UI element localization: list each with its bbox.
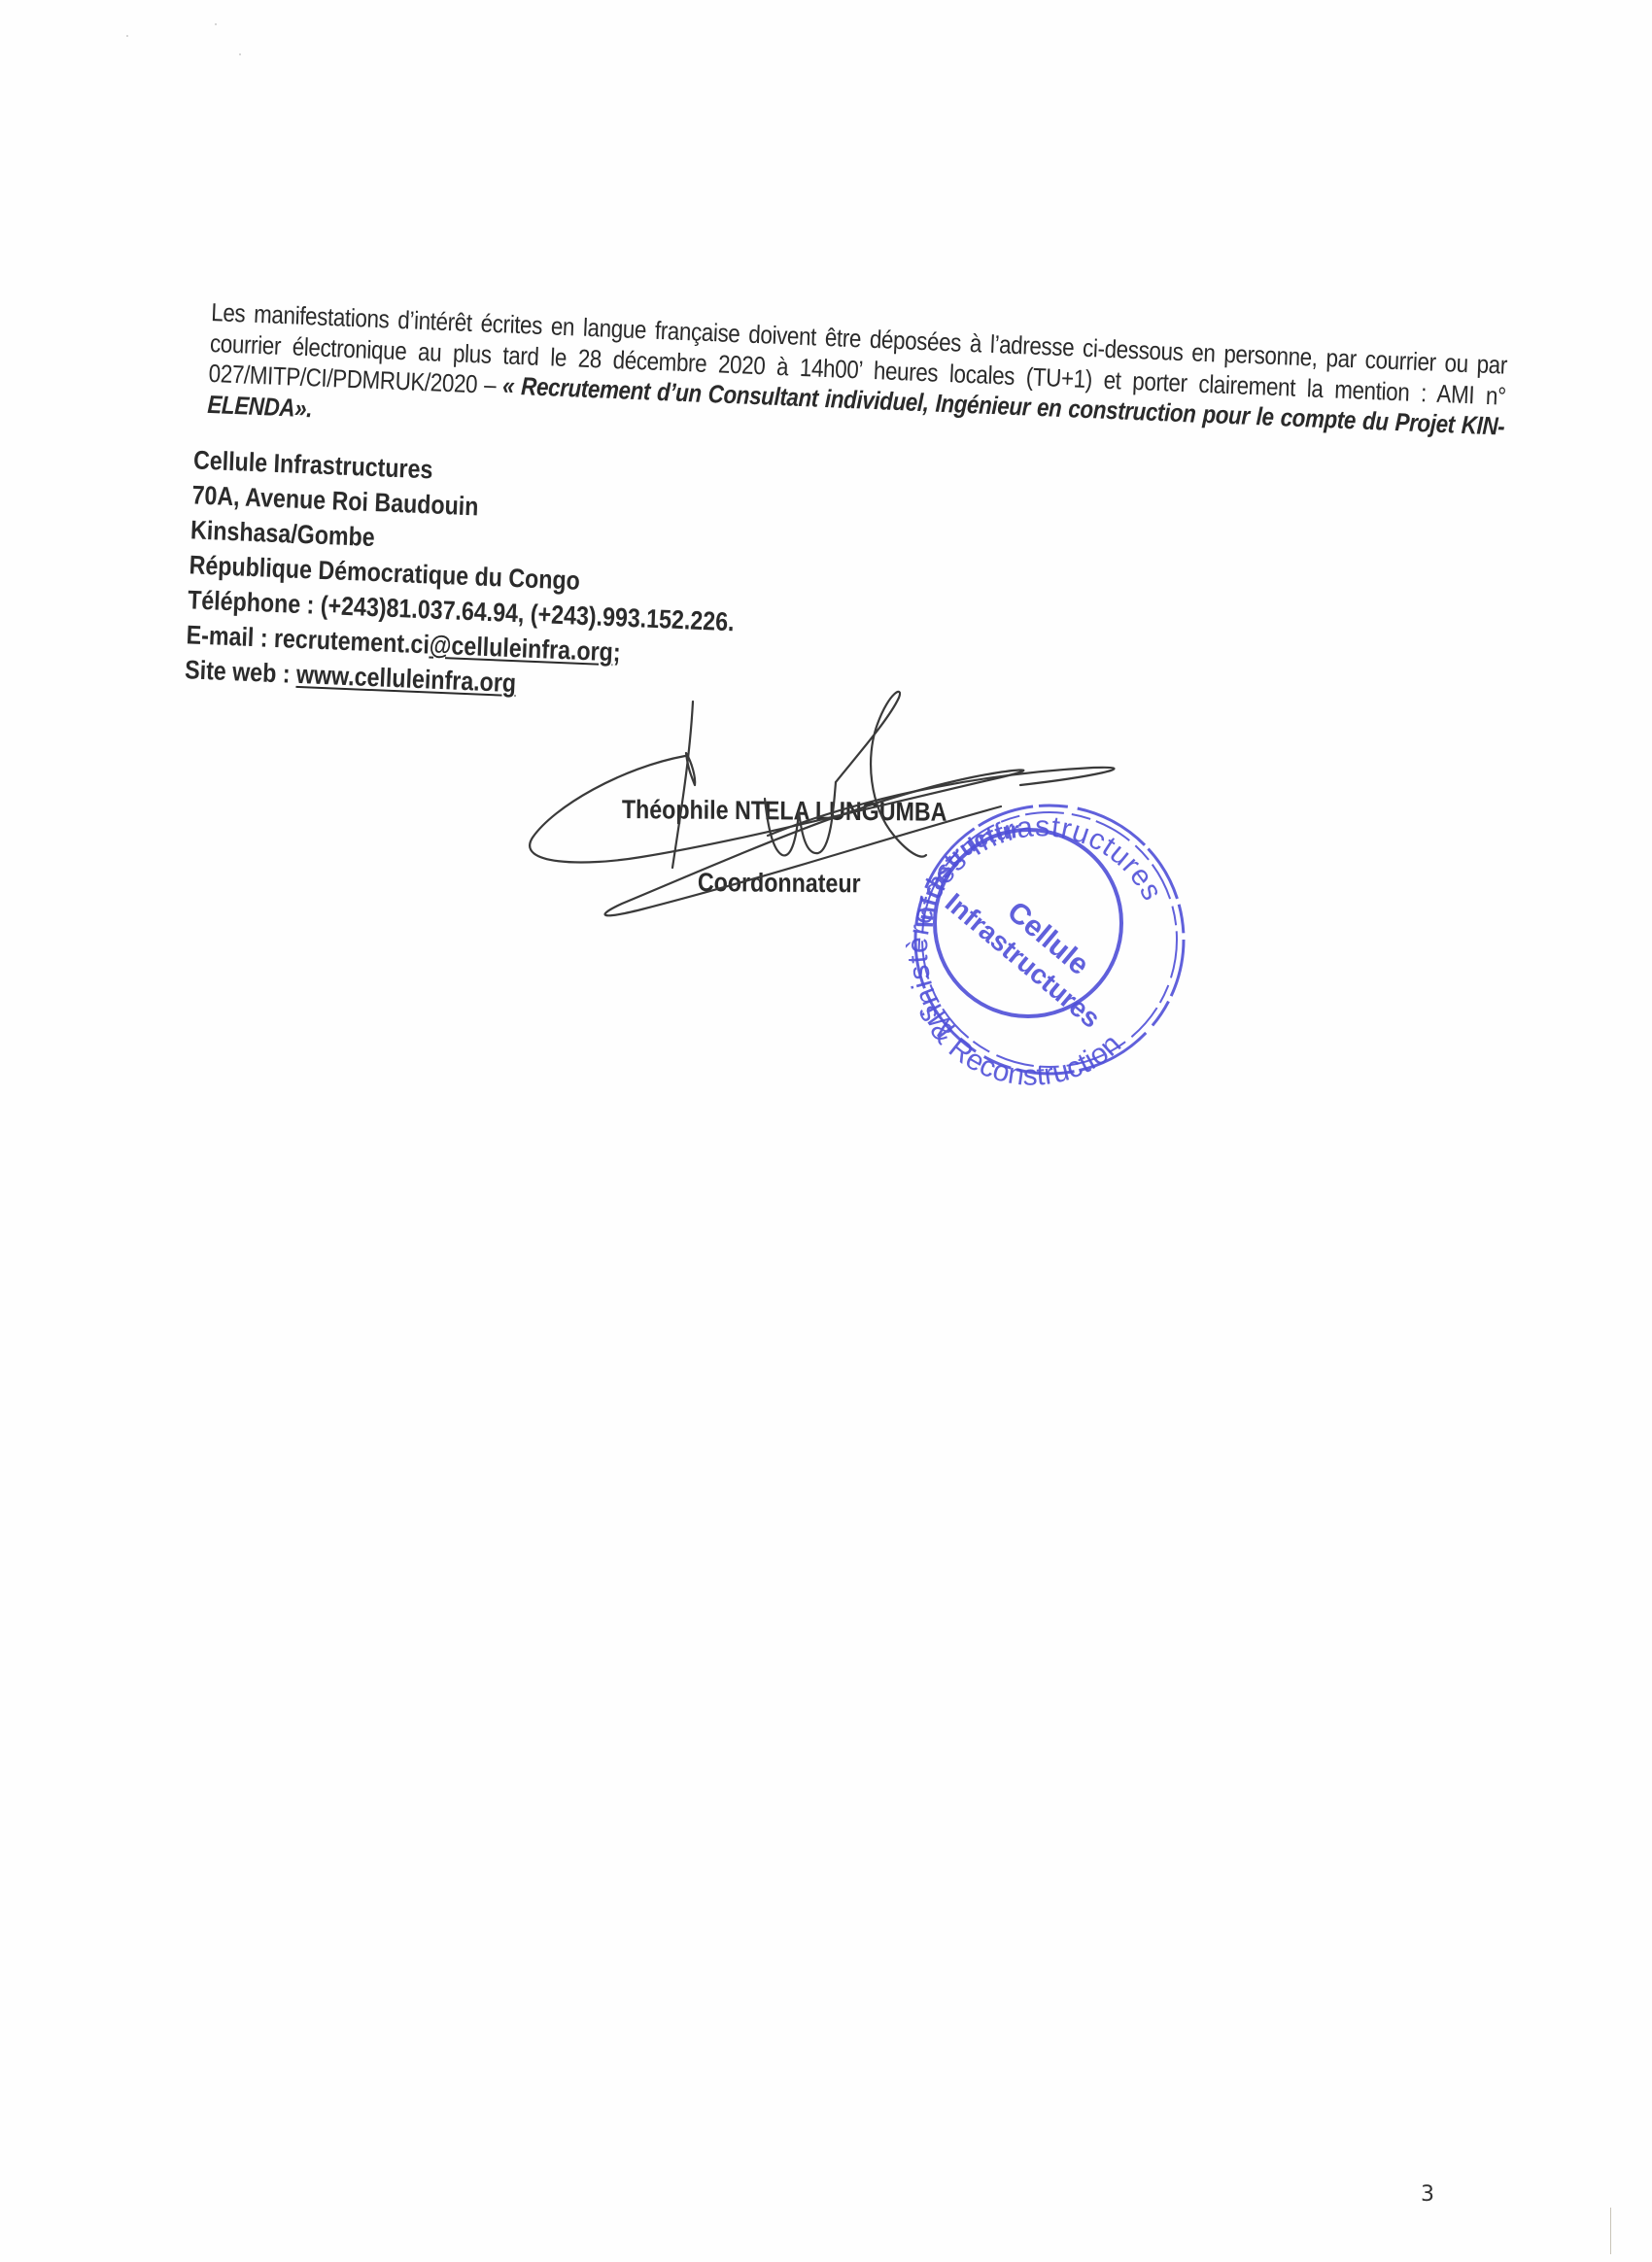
- signatory-name: Théophile NTELA LUNGUMBA: [622, 795, 947, 828]
- page-number: 3: [1421, 2182, 1434, 2207]
- stamp-center-line-2: Infrastructures: [940, 887, 1106, 1034]
- scan-speck: [126, 35, 128, 37]
- email-user: recrutement.ci: [273, 624, 430, 660]
- email-suffix: ;: [612, 637, 621, 667]
- document-page: Les manifestations d’intérêt écrites en …: [0, 0, 1652, 2262]
- email-link[interactable]: @celluleinfra.org: [429, 630, 613, 667]
- scan-artifact-line: [1610, 2208, 1611, 2254]
- svg-text:s & Reconstruction: s & Reconstruction: [912, 999, 1128, 1092]
- stamp-outer-text: Ministère des Infrastructures: [902, 810, 1169, 1044]
- scan-speck: [239, 53, 241, 55]
- email-label: E-mail :: [186, 620, 274, 653]
- stamp-bottom-text: s & Reconstruction: [912, 999, 1128, 1092]
- svg-text:Ministère des Infrastructures: Ministère des Infrastructures: [902, 810, 1169, 1044]
- signatory-title: Coordonnateur: [698, 868, 861, 899]
- address-block: Cellule Infrastructures 70A, Avenue Roi …: [185, 442, 741, 709]
- website-link[interactable]: www.celluleinfra.org: [295, 660, 516, 698]
- scan-speck: [215, 23, 217, 25]
- body-text-block: Les manifestations d’intérêt écrites en …: [207, 297, 1508, 473]
- phone-label: Téléphone :: [188, 585, 322, 620]
- stamp-center-line-1: Cellule: [1001, 896, 1095, 982]
- instructions-paragraph: Les manifestations d’intérêt écrites en …: [207, 297, 1508, 473]
- website-label: Site web :: [185, 655, 297, 689]
